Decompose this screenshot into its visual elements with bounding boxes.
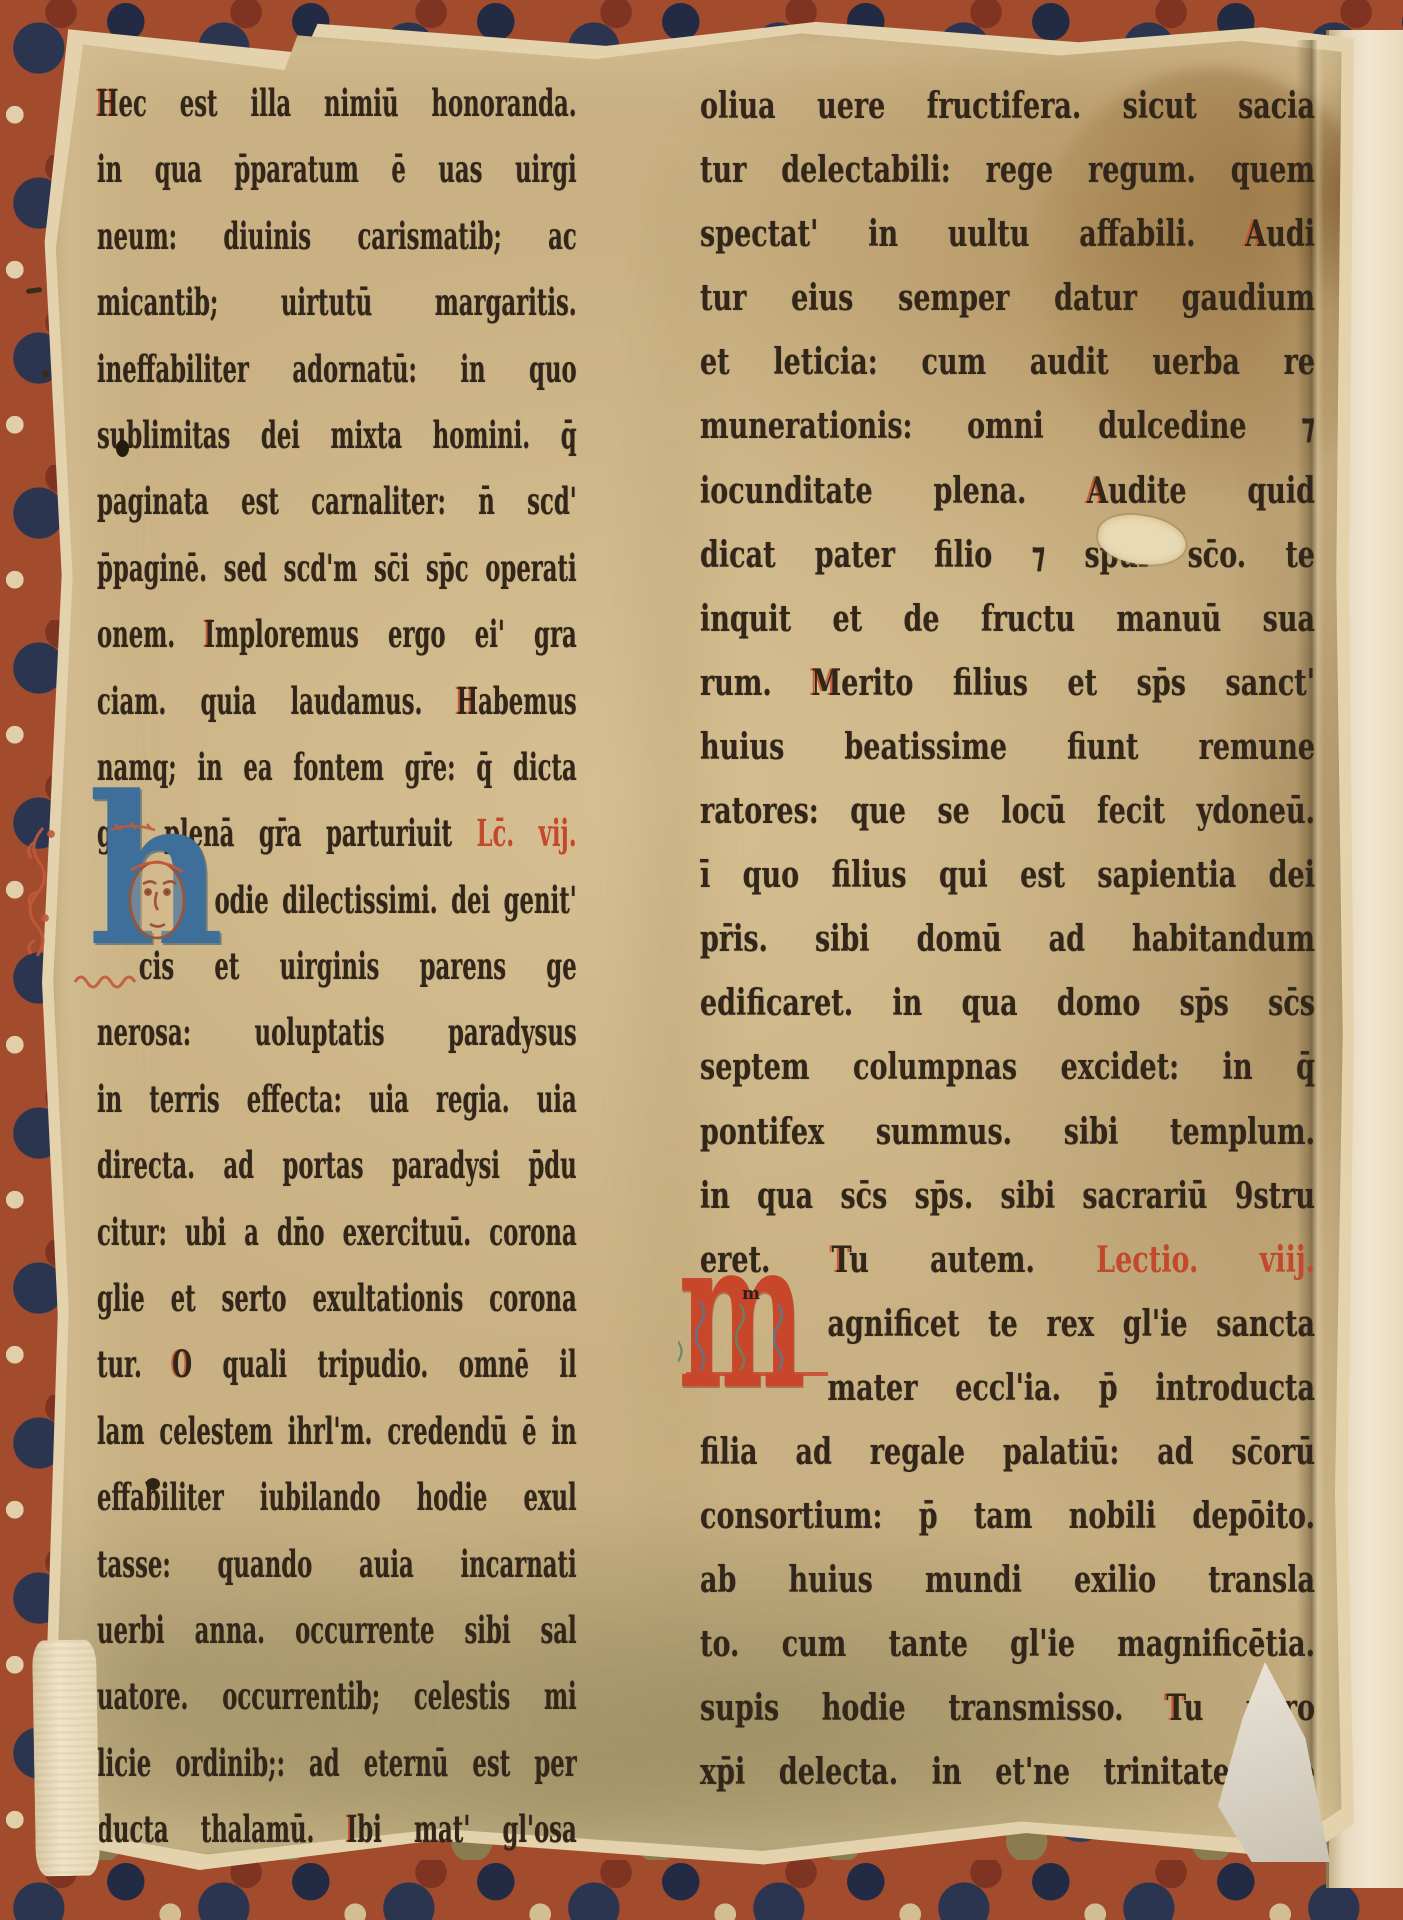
body-text: spectat' in uultu affabili. xyxy=(700,213,1245,255)
text-line: spectat' in uultu affabili. Audi xyxy=(700,202,1315,266)
body-text: erito filius et sp̄s sanct' xyxy=(841,662,1315,704)
text-line: onem. Imploremus ergo ei' gra xyxy=(97,601,577,667)
body-text: onem. xyxy=(97,612,204,656)
text-line: iocunditate plena. Audite quid xyxy=(700,459,1315,523)
text-line: citur: ubi a dn̄o exercituū. corona xyxy=(97,1199,577,1265)
body-text: O xyxy=(172,1342,192,1386)
text-line: dicat pater filio ⁊ sp̄ui sc̄o. te xyxy=(700,523,1315,587)
body-text: p̄paginē. sed scd'm sc̄i sp̄c operati xyxy=(97,546,577,590)
body-text: to. cum tante gl'ie magnificētia. xyxy=(700,1623,1315,1665)
body-text: uerbi anna. occurrente sibi sal xyxy=(97,1608,577,1652)
body-text: H xyxy=(97,81,119,125)
body-text: ciam. quia laudamus. xyxy=(97,679,457,723)
body-text: citur: ubi a dn̄o exercituū. corona xyxy=(97,1210,577,1254)
body-text: iocunditate plena. xyxy=(700,470,1087,512)
body-text: in qua p̄paratum ē uas uirgi xyxy=(97,147,577,191)
text-line: edificaret. in qua domo sp̄s sc̄s xyxy=(700,971,1315,1035)
body-text: A xyxy=(1245,213,1266,255)
body-text: tur eius semper datur gaudium xyxy=(700,277,1315,319)
body-text: udite quid xyxy=(1108,470,1315,512)
body-text: ī quo filius qui est sapientia dei xyxy=(700,854,1315,896)
binding-guard-strip xyxy=(32,1639,100,1876)
body-text: pontifex summus. sibi templum. xyxy=(700,1111,1315,1153)
text-line: pontifex summus. sibi templum. xyxy=(700,1100,1315,1164)
body-text: oliua uere fructifera. sicut sacia xyxy=(700,85,1315,127)
body-text: agnificet te rex gl'ie sancta xyxy=(828,1303,1316,1345)
body-text: ineffabiliter adornatū: in quo xyxy=(97,347,577,391)
body-text: I xyxy=(204,612,215,656)
text-line: directa. ad portas paradysi p̄du xyxy=(97,1132,577,1198)
text-line: ciam. quia laudamus. Habemus xyxy=(97,668,577,734)
body-text: consortium: p̄ tam nobili depōito. xyxy=(700,1495,1315,1537)
text-line: tur eius semper datur gaudium xyxy=(700,266,1315,330)
body-text: ab huius mundi exilio transla xyxy=(700,1559,1315,1601)
body-text: quali tripudio. omnē il xyxy=(192,1342,577,1386)
text-line: munerationis: omni dulcedine ⁊ xyxy=(700,394,1315,458)
parchment-hole xyxy=(146,1478,160,1490)
body-text: T xyxy=(832,1239,850,1281)
text-line: ī quo filius qui est sapientia dei xyxy=(700,843,1315,907)
body-text: nerosa: uoluptatis paradysus xyxy=(97,1010,577,1054)
body-text: in terris effecta: uia regia. uia xyxy=(97,1077,577,1121)
text-line: Hec est illa nimiū honoranda. xyxy=(97,70,577,136)
body-text: filia ad regale palatiū: ad sc̄orū xyxy=(700,1431,1315,1473)
text-column-right: oliua uere fructifera. sicut saciatur de… xyxy=(700,74,1315,1805)
text-line: ratores: que se locū fecit ydoneū. xyxy=(700,779,1315,843)
body-text: septem columpnas excidet: in q̄ xyxy=(700,1046,1315,1088)
decorated-initial-m: m m xyxy=(678,1276,813,1384)
body-text: H xyxy=(457,679,479,723)
body-text: rum. xyxy=(700,662,811,704)
body-text: bi mat' gl'osa xyxy=(357,1807,576,1851)
parchment-hole xyxy=(116,440,129,457)
body-text: et leticia: cum audit uerba re xyxy=(700,341,1315,383)
body-text: sublimitas dei mixta homini. q̄ xyxy=(97,413,577,457)
text-line: ab huius mundi exilio transla xyxy=(700,1548,1315,1612)
body-text: supis hodie transmisso. xyxy=(700,1687,1166,1729)
body-text: edificaret. in qua domo sp̄s sc̄s xyxy=(700,982,1315,1024)
body-text: tur. xyxy=(97,1342,172,1386)
body-text: mploremus ergo ei' gra xyxy=(215,612,577,656)
body-text: M xyxy=(811,662,841,704)
text-line: paginata est carnaliter: n̄ scd' xyxy=(97,468,577,534)
body-text: T xyxy=(1166,1687,1184,1729)
body-text: glie et serto exultationis corona xyxy=(97,1276,577,1320)
initial-m-filigree xyxy=(678,1276,813,1384)
text-line: effabiliter iubilando hodie exul xyxy=(97,1464,577,1530)
text-line: uatore. occurrentib; celestis mi xyxy=(97,1663,577,1729)
text-line: to. cum tante gl'ie magnificētia. xyxy=(700,1612,1315,1676)
body-text: ratores: que se locū fecit ydoneū. xyxy=(700,790,1315,832)
body-text: uatore. occurrentib; celestis mi xyxy=(97,1674,577,1718)
body-text: lam celestem ihrl'm. credendū ē in xyxy=(97,1409,577,1453)
body-text: ducta thalamū. xyxy=(97,1807,347,1851)
text-line: septem columpnas excidet: in q̄ xyxy=(700,1035,1315,1099)
body-text: huius beatissime fiunt remune xyxy=(700,726,1315,768)
text-line: tasse: quando auia incarnati xyxy=(97,1531,577,1597)
text-line: nerosa: uoluptatis paradysus xyxy=(97,999,577,1065)
decorated-initial-h: h xyxy=(15,822,230,997)
text-line: p̄paginē. sed scd'm sc̄i sp̄c operati xyxy=(97,535,577,601)
body-text: munerationis: omni dulcedine ⁊ xyxy=(700,405,1315,447)
text-line: et leticia: cum audit uerba re xyxy=(700,330,1315,394)
text-line: glie et serto exultationis corona xyxy=(97,1265,577,1331)
text-line: ducta thalamū. Ibi mat' gl'osa xyxy=(97,1796,577,1862)
text-line: lam celestem ihrl'm. credendū ē in xyxy=(97,1398,577,1464)
body-text: u autem. xyxy=(849,1239,1096,1281)
body-text: te xyxy=(1285,534,1315,576)
body-text: udi xyxy=(1266,213,1315,255)
body-text: tur delectabili: rege regum. quem xyxy=(700,149,1315,191)
text-line: neum: diuinis carismatib; ac xyxy=(97,203,577,269)
initial-h-face xyxy=(130,862,184,938)
margin-dash-mark xyxy=(26,287,43,294)
body-text: ec est illa nimiū honoranda. xyxy=(119,81,577,125)
body-text: effabiliter iubilando hodie exul xyxy=(97,1475,577,1519)
body-text: dicat pater filio ⁊ sp̄ui sc̄o. xyxy=(700,534,1285,576)
body-text: directa. ad portas paradysi p̄du xyxy=(97,1143,577,1187)
text-line: in qua p̄paratum ē uas uirgi xyxy=(97,136,577,202)
body-text: I xyxy=(347,1807,358,1851)
initial-m-baseline-flourish xyxy=(686,1372,828,1376)
text-line: sublimitas dei mixta homini. q̄ xyxy=(97,402,577,468)
text-line: supis hodie transmisso. Tu uero xyxy=(700,1676,1315,1740)
text-line: tur. O quali tripudio. omnē il xyxy=(97,1331,577,1397)
body-text: odie dilectissimi. dei genit' xyxy=(214,878,576,922)
margin-dot-mark xyxy=(42,370,49,378)
body-text: A xyxy=(1087,470,1108,512)
body-text: abemus xyxy=(478,679,577,723)
text-line: oliua uere fructifera. sicut sacia xyxy=(700,74,1315,138)
text-line: consortium: p̄ tam nobili depōito. xyxy=(700,1484,1315,1548)
text-line: inquit et de fructu manuū sua xyxy=(700,587,1315,651)
text-line: uerbi anna. occurrente sibi sal xyxy=(97,1597,577,1663)
body-text: pr̄is. sibi domū ad habitandum xyxy=(700,918,1315,960)
body-text: licie ordinib;: ad eternū est per xyxy=(97,1741,577,1785)
text-line: tur delectabili: rege regum. quem xyxy=(700,138,1315,202)
body-text: paginata est carnaliter: n̄ scd' xyxy=(97,479,577,523)
body-text: neum: diuinis carismatib; ac xyxy=(97,214,577,258)
rubric-text: Lectio. viij. xyxy=(1096,1239,1315,1281)
body-text: tasse: quando auia incarnati xyxy=(97,1542,577,1586)
text-line: micantib; uirtutū margaritis. xyxy=(97,269,577,335)
text-line: in terris effecta: uia regia. uia xyxy=(97,1066,577,1132)
text-line: rum. Merito filius et sp̄s sanct' xyxy=(700,651,1315,715)
text-line: licie ordinib;: ad eternū est per xyxy=(97,1730,577,1796)
manuscript-photo: Hec est illa nimiū honoranda.in qua p̄pa… xyxy=(0,0,1403,1920)
body-text: mater eccl'ia. p̄ introducta xyxy=(828,1367,1316,1409)
initial-h-penwork xyxy=(15,822,230,997)
text-line: huius beatissime fiunt remune xyxy=(700,715,1315,779)
text-line: pr̄is. sibi domū ad habitandum xyxy=(700,907,1315,971)
body-text: inquit et de fructu manuū sua xyxy=(700,598,1315,640)
rubric-text: Lc̄. vij. xyxy=(476,811,576,855)
text-line: ineffabiliter adornatū: in quo xyxy=(97,336,577,402)
body-text: micantib; uirtutū margaritis. xyxy=(97,280,577,324)
body-text: xp̄i delecta. in et'ne trinitate spe xyxy=(700,1751,1315,1793)
